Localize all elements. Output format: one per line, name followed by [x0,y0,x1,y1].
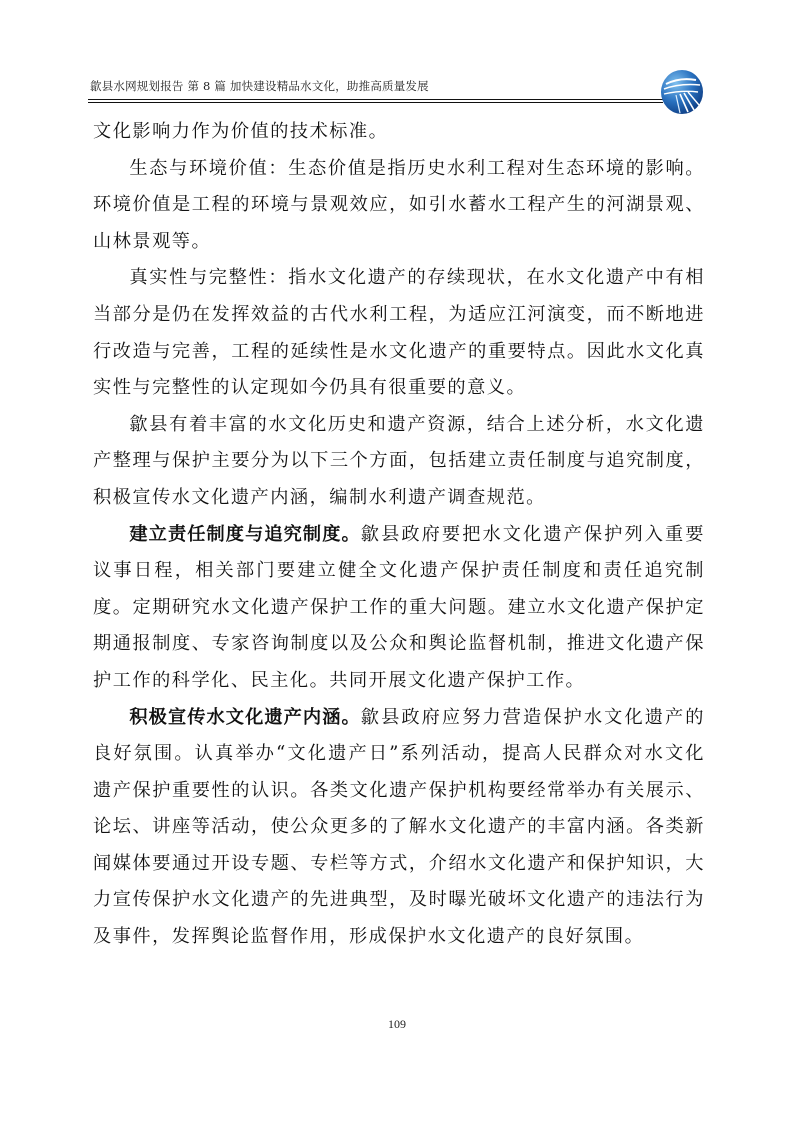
water-network-logo-icon [658,68,706,116]
header-rule-thin [88,102,663,103]
header-title: 歙县水网规划报告 第 8 篇 加快建设精品水文化，助推高质量发展 [90,78,429,94]
paragraph-ecological-value: 生态与环境价值：生态价值是指历史水利工程对生态环境的影响。环境价值是工程的环境与… [93,151,705,261]
section-lead-promotion: 积极宣传水文化遗产内涵。 [129,707,360,728]
paragraph-authenticity-integrity: 真实性与完整性：指水文化遗产的存续现状，在水文化遗产中有相当部分是仍在发挥效益的… [93,260,705,406]
document-body: 文化影响力作为价值的技术标准。 生态与环境价值：生态价值是指历史水利工程对生态环… [93,114,705,956]
paragraph-promotion: 积极宣传水文化遗产内涵。歙县政府应努力营造保护水文化遗产的良好氛围。认真举办“文… [93,700,705,956]
paragraph-heritage-overview: 歙县有着丰富的水文化历史和遗产资源，结合上述分析，水文化遗产整理与保护主要分为以… [93,407,705,517]
header-rule [88,99,663,100]
paragraph-technical-standard-tail: 文化影响力作为价值的技术标准。 [93,114,705,151]
section-lead-responsibility: 建立责任制度与追究制度。 [129,524,360,545]
paragraph-responsibility-system: 建立责任制度与追究制度。歙县政府要把水文化遗产保护列入重要议事日程，相关部门要建… [93,517,705,700]
page-header: 歙县水网规划报告 第 8 篇 加快建设精品水文化，助推高质量发展 [88,70,660,98]
page-number: 109 [0,1017,794,1032]
